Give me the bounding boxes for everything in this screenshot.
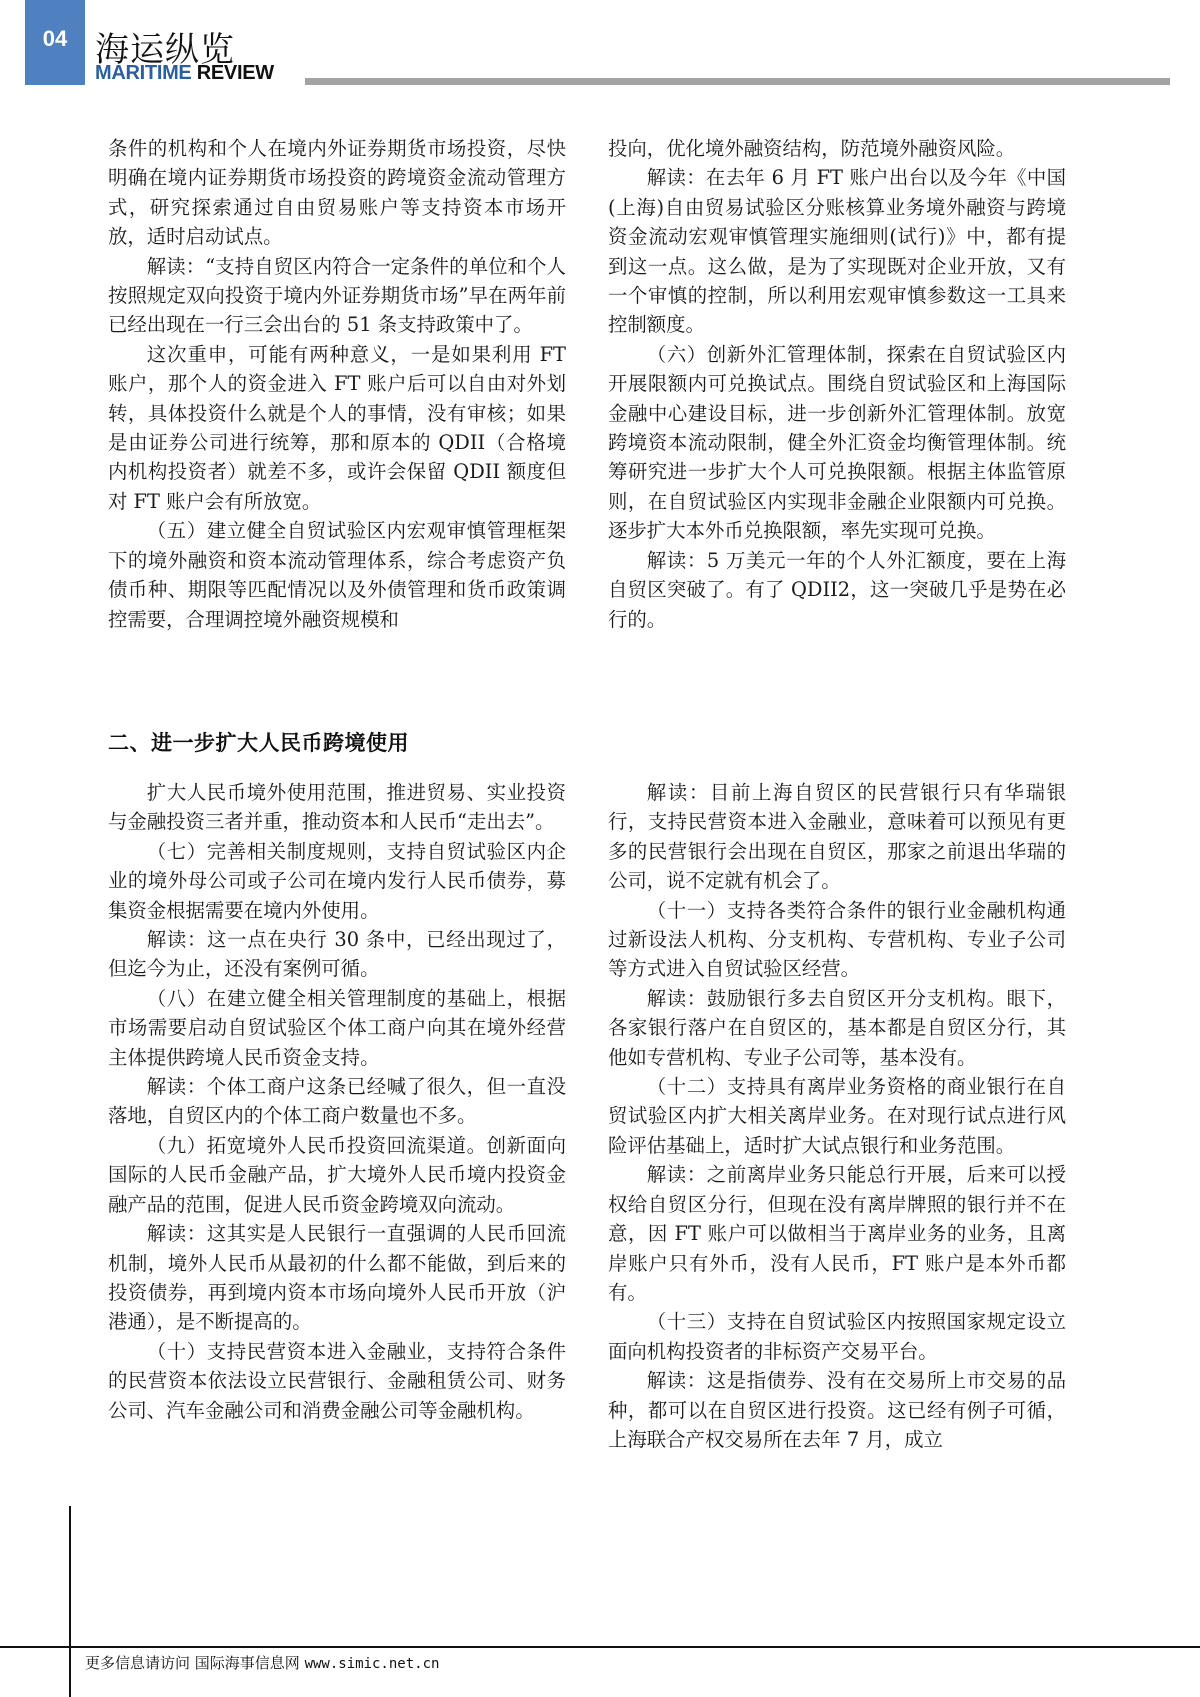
paragraph: （七）完善相关制度规则，支持自贸试验区内企业的境外母公司或子公司在境内发行人民币… bbox=[108, 837, 566, 925]
paragraph: （八）在建立健全相关管理制度的基础上，根据市场需要启动自贸试验区个体工商户向其在… bbox=[108, 984, 566, 1072]
paragraph: （九）拓宽境外人民币投资回流渠道。创新面向国际的人民币金融产品，扩大境外人民币境… bbox=[108, 1131, 566, 1219]
paragraph: （十一）支持各类符合条件的银行业金融机构通过新设法人机构、分支机构、专营机构、专… bbox=[608, 896, 1066, 984]
left-column-bottom: 扩大人民币境外使用范围，推进贸易、实业投资与金融投资三者并重，推动资本和人民币“… bbox=[108, 778, 566, 1425]
paragraph: （十）支持民营资本进入金融业，支持符合条件的民营资本依法设立民营银行、金融租赁公… bbox=[108, 1337, 566, 1425]
footer-text: 更多信息请访问 国际海事信息网 bbox=[85, 1654, 300, 1672]
footer-url-link[interactable]: www.simic.net.cn bbox=[305, 1656, 440, 1672]
right-column-top: 投向，优化境外融资结构，防范境外融资风险。 解读：在去年 6 月 FT 账户出台… bbox=[608, 134, 1066, 634]
paragraph: 条件的机构和个人在境内外证券期货市场投资，尽快明确在境内证券期货市场投资的跨境资… bbox=[108, 134, 566, 252]
section-heading: 二、进一步扩大人民币跨境使用 bbox=[108, 727, 409, 757]
paragraph: 投向，优化境外融资结构，防范境外融资风险。 bbox=[608, 134, 1066, 163]
header-divider-bar bbox=[305, 78, 1170, 85]
paragraph: 解读：目前上海自贸区的民营银行只有华瑞银行，支持民营资本进入金融业，意味着可以预… bbox=[608, 778, 1066, 896]
right-column-bottom: 解读：目前上海自贸区的民营银行只有华瑞银行，支持民营资本进入金融业，意味着可以预… bbox=[608, 778, 1066, 1454]
magazine-subtitle: MARITIME REVIEW bbox=[95, 62, 274, 85]
paragraph: 解读：这其实是人民银行一直强调的人民币回流机制，境外人民币从最初的什么都不能做，… bbox=[108, 1219, 566, 1337]
paragraph: 解读：个体工商户这条已经喊了很久，但一直没落地，自贸区内的个体工商户数量也不多。 bbox=[108, 1072, 566, 1131]
paragraph: （十三）支持在自贸试验区内按照国家规定设立面向机构投资者的非标资产交易平台。 bbox=[608, 1307, 1066, 1366]
paragraph: 解读：在去年 6 月 FT 账户出台以及今年《中国(上海)自由贸易试验区分账核算… bbox=[608, 163, 1066, 339]
paragraph: 解读：这是指债券、没有在交易所上市交易的品种，都可以在自贸区进行投资。这已经有例… bbox=[608, 1366, 1066, 1454]
page-number: 04 bbox=[25, 26, 85, 52]
paragraph: 解读：之前离岸业务只能总行开展，后来可以授权给自贸区分行，但现在没有离岸牌照的银… bbox=[608, 1160, 1066, 1307]
paragraph: 这次重申，可能有两种意义，一是如果利用 FT 账户，那个人的资金进入 FT 账户… bbox=[108, 340, 566, 516]
paragraph: 解读：5 万美元一年的个人外汇额度，要在上海自贸区突破了。有了 QDII2，这一… bbox=[608, 546, 1066, 634]
paragraph: （十二）支持具有离岸业务资格的商业银行在自贸试验区内扩大相关离岸业务。在对现行试… bbox=[608, 1072, 1066, 1160]
paragraph: 扩大人民币境外使用范围，推进贸易、实业投资与金融投资三者并重，推动资本和人民币“… bbox=[108, 778, 566, 837]
paragraph: 解读：这一点在央行 30 条中，已经出现过了，但迄今为止，还没有案例可循。 bbox=[108, 925, 566, 984]
paragraph: 解读：“支持自贸区内符合一定条件的单位和个人按照规定双向投资于境内外证券期货市场… bbox=[108, 252, 566, 340]
paragraph: 解读：鼓励银行多去自贸区开分支机构。眼下，各家银行落户在自贸区的，基本都是自贸区… bbox=[608, 984, 1066, 1072]
footer-horizontal-rule bbox=[0, 1646, 1200, 1648]
paragraph: （五）建立健全自贸试验区内宏观审慎管理框架下的境外融资和资本流动管理体系，综合考… bbox=[108, 516, 566, 634]
page-number-badge: 04 bbox=[25, 0, 85, 85]
footer-vertical-rule bbox=[69, 1506, 71, 1697]
footer: 更多信息请访问 国际海事信息网 www.simic.net.cn bbox=[85, 1652, 439, 1673]
left-column-top: 条件的机构和个人在境内外证券期货市场投资，尽快明确在境内证券期货市场投资的跨境资… bbox=[108, 134, 566, 634]
paragraph: （六）创新外汇管理体制，探索在自贸试验区内开展限额内可兑换试点。围绕自贸试验区和… bbox=[608, 340, 1066, 546]
subtitle-maritime: MARITIME bbox=[95, 62, 191, 84]
subtitle-review: REVIEW bbox=[197, 62, 274, 84]
